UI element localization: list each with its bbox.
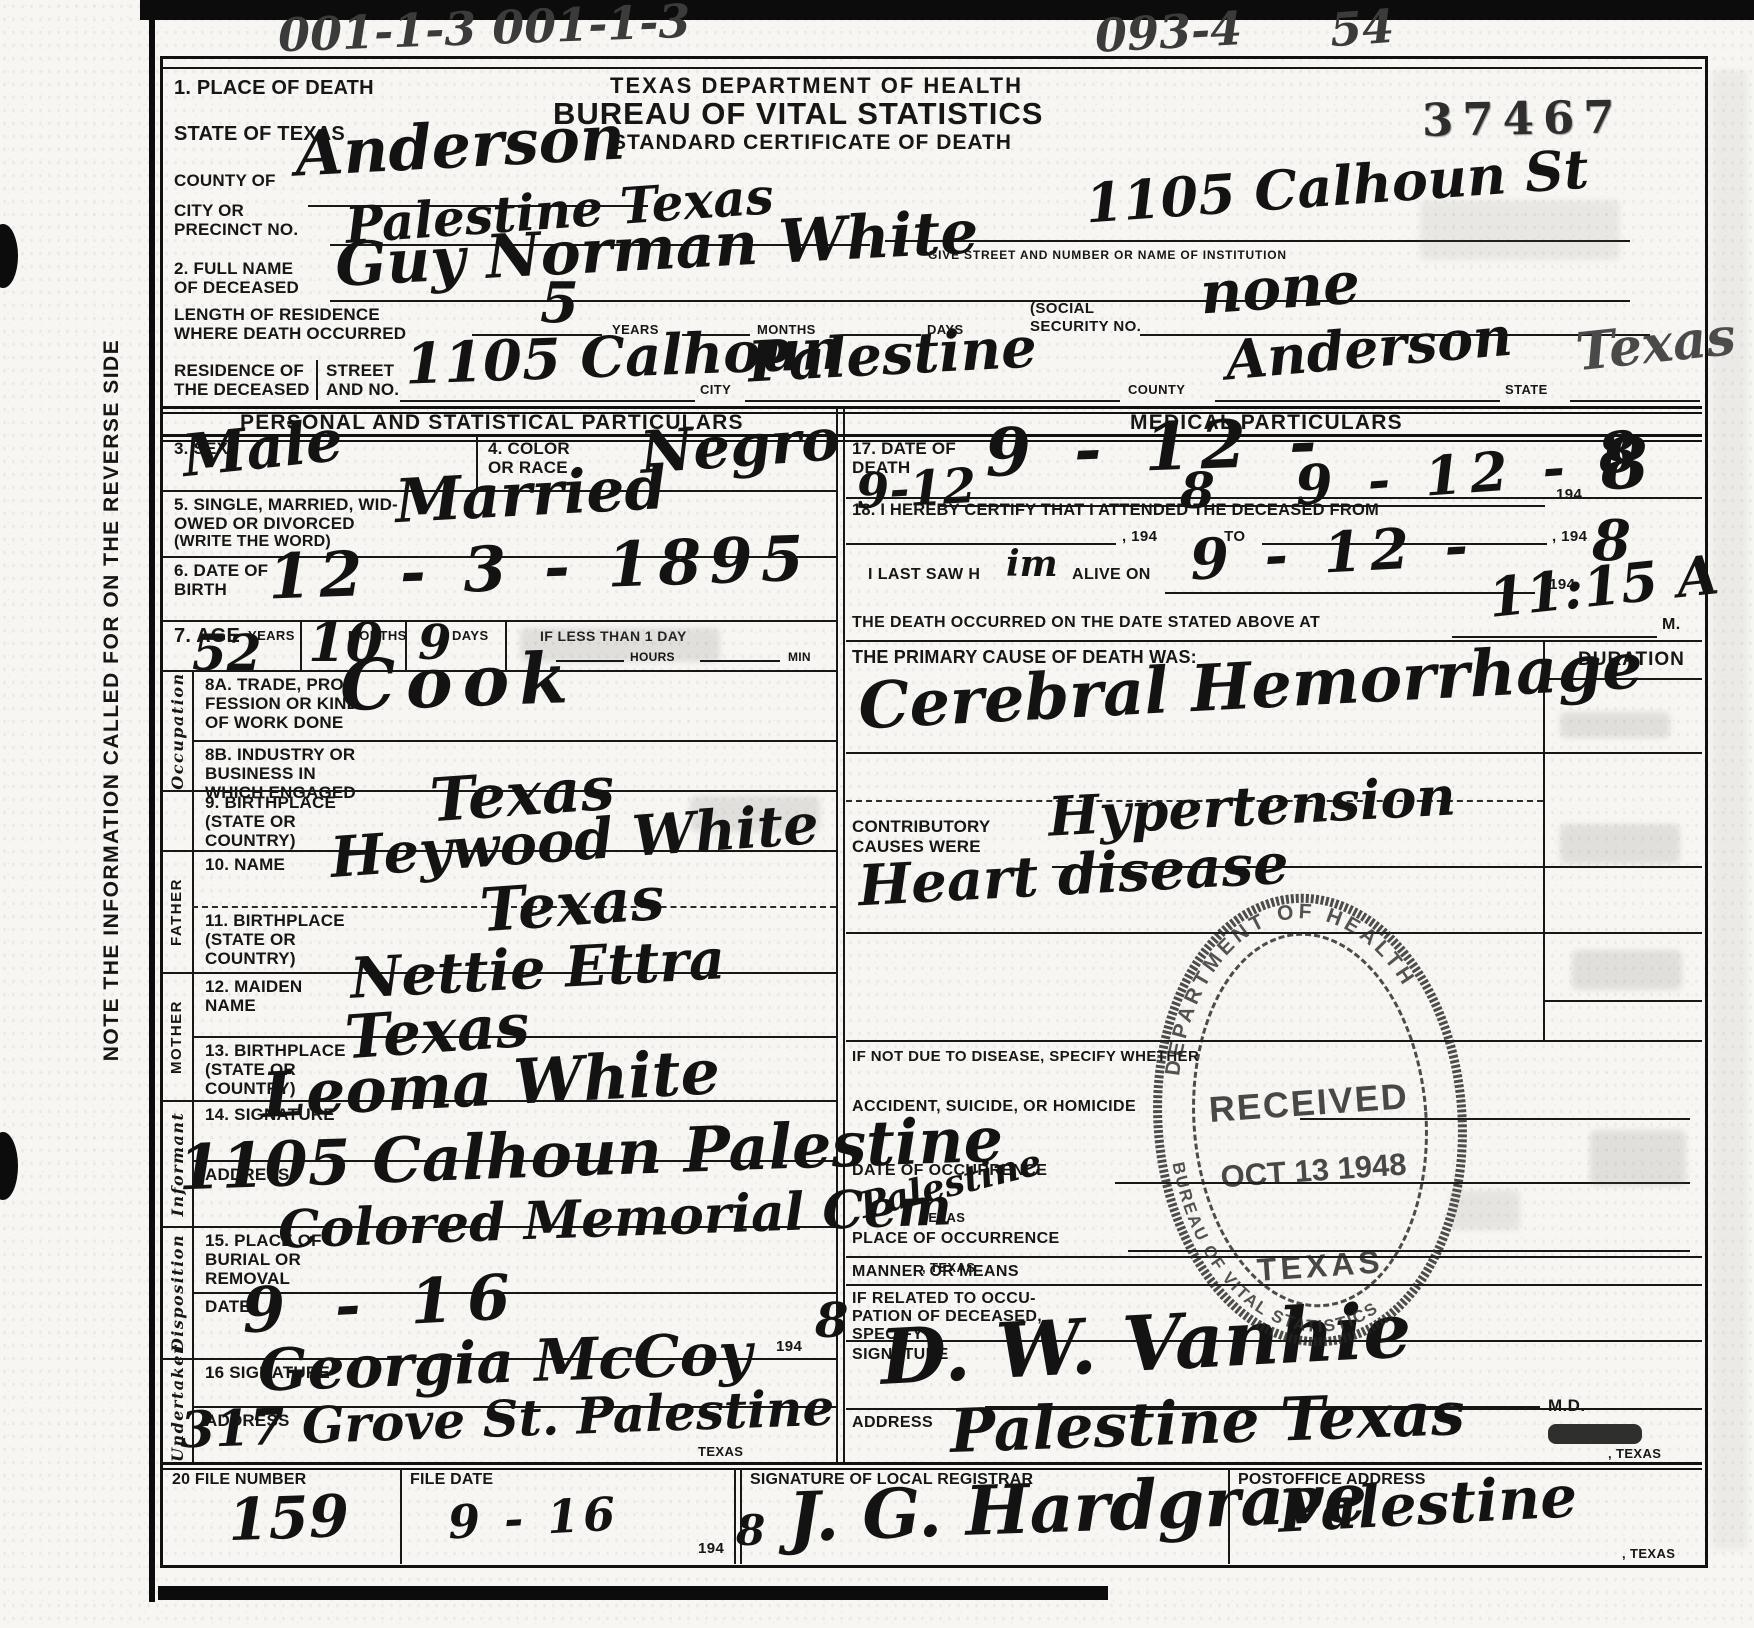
work-value: Cook [339,646,579,717]
attended-from-value: 9-12 [855,465,977,514]
bureau-title: BUREAU OF VITAL STATISTICS [553,98,1043,131]
manner-label: MANNER OR MEANS [852,1263,1019,1281]
father-bp-value: Texas [478,872,666,939]
county-label: COUNTY OF [174,172,276,190]
rule [1543,1000,1702,1002]
city-small-label: CITY [700,382,731,397]
bleed-mark [1572,950,1682,990]
rule [400,1468,402,1564]
father-name-label: 10. NAME [205,856,285,874]
file-date-year-digit: 8 [736,1512,765,1550]
rule [846,752,1543,754]
reverse-side-note: NOTE THE INFORMATION CALLED FOR ON THE R… [100,250,124,1150]
dod-label-1: 17. DATE OF [852,440,956,458]
birthplace-label-1: 9. BIRTHPLACE [205,794,336,812]
dob-value: 12 - 3 - 1895 [267,531,812,606]
rule [1570,400,1700,402]
stamp-arc-top: DEPARTMENT OF HEALTH [1150,892,1426,1079]
file-date-194-printed: 194 [698,1540,724,1557]
hours-label: HOURS [630,650,675,664]
attended-to-value: 9 - 12 - [1294,442,1575,510]
father-side-label: FATHER [168,852,185,972]
residence-length-label-2: WHERE DEATH OCCURRED [174,325,406,343]
rule [1165,592,1535,594]
date-occurrence-label: DATE OF OCCURRENCE [852,1162,1047,1180]
street-label-2: AND NO. [326,381,399,399]
residence-city-value: Palestine [747,322,1038,387]
color-value: Negro [638,413,841,479]
rule [1543,866,1702,868]
burial-year-digit: 8 [815,1300,848,1343]
postoffice-value: Palestine [1277,1470,1578,1538]
rule [700,660,780,662]
dob-label-1: 6. DATE OF [174,562,268,580]
marital-label-2: OWED OR DIVORCED [174,515,355,533]
city-label-2: PRECINCT NO. [174,221,298,239]
svg-text:DEPARTMENT OF HEALTH: DEPARTMENT OF HEALTH [1150,892,1426,1079]
age-years-value: 52 [192,630,262,675]
rule [1543,932,1702,934]
last-saw-value: 9 - 12 - [1189,521,1477,586]
occupation-side-label: Occupation [168,672,187,790]
sex-value: Male [180,414,345,483]
dod-value: 9 - 12 - [984,412,1327,483]
physician-addr-label: ADDRESS [852,1414,933,1432]
file-date-value: 9 - 16 [447,1494,620,1544]
maiden-label-2: NAME [205,997,256,1015]
to-year-digit: 8 [1598,430,1651,496]
death-certificate: NOTE THE INFORMATION CALLED FOR ON THE R… [0,0,1754,1628]
bleed-mark [1590,1130,1686,1186]
father-bp-label-3: COUNTRY) [205,950,296,968]
pencil-code-left: 001-1-3 001-1-3 [277,1,691,57]
burial-year-printed: 194 [776,1338,802,1355]
min-label: MIN [788,650,811,664]
alive-on-label: ALIVE ON [1072,566,1151,584]
marital-value: Married [394,461,668,529]
certificate-title: STANDARD CERTIFICATE OF DEATH [612,132,1012,154]
stamp-texas-text: TEXAS [1256,1243,1385,1288]
received-stamp: DEPARTMENT OF HEALTH BUREAU OF VITAL STA… [1124,874,1496,1367]
contrib-label-1: CONTRIBUTORY [852,818,990,836]
place-occurrence-label: PLACE OF OCCURRENCE [852,1230,1060,1248]
maiden-label-1: 12. MAIDEN [205,978,302,996]
county-small-label: COUNTY [1128,382,1185,397]
to-194-printed: , 194 [1552,528,1587,545]
postoffice-texas-label: , TEXAS [1622,1546,1675,1561]
md-label: M.D. [1548,1396,1585,1416]
department-title: TEXAS DEPARTMENT OF HEALTH [610,74,1023,97]
color-label-1: 4. COLOR [488,440,570,458]
birthplace-label-2: (STATE OR [205,813,296,831]
rule [400,400,695,402]
dob-label-2: BIRTH [174,581,227,599]
fullname-label-1: 2. FULL NAME [174,260,293,278]
certificate-number: 37467 [1422,90,1624,147]
m-label: M. [1662,616,1681,634]
rule [1543,752,1702,754]
last-saw-pre: I LAST SAW H [868,566,980,584]
rule [192,670,194,1462]
rule [1215,400,1500,402]
residence-label-2: THE DECEASED [174,381,310,399]
place-of-death-label: 1. PLACE OF DEATH [174,78,374,99]
bleed-mark [1450,1190,1520,1230]
marital-label-1: 5. SINGLE, MARRIED, WID- [174,496,398,514]
file-number-value: 159 [227,1490,350,1546]
pencil-code-right: 54 [1329,6,1396,52]
rule [330,300,1630,302]
birthplace-label-3: COUNTRY) [205,832,296,850]
residence-years-value: 5 [540,278,579,328]
state-small-label: STATE [1505,382,1548,397]
file-date-label: FILE DATE [410,1472,493,1489]
scan-bottom-bar [158,1586,1108,1600]
stamp-date-text: OCT 13 1948 [1219,1146,1407,1194]
physician-addr-value: Palestine Texas [949,1387,1465,1459]
fullname-label-2: OF DECEASED [174,279,299,297]
ssn-label-2: SECURITY NO. [1030,318,1141,335]
bleed-mark [1420,200,1620,260]
him-value: im [1006,548,1058,580]
pencil-code-mid: 093-4 [1094,8,1243,57]
residence-length-label-1: LENGTH OF RESIDENCE [174,306,380,324]
rule [162,620,836,622]
street-label-1: STREET [326,362,394,380]
hole-punch-top [0,224,18,288]
work-label-2: FESSION OR KIND [205,695,359,713]
physician-texas-label: , TEXAS [1608,1446,1661,1461]
industry-label-1: 8B. INDUSTRY OR [205,746,355,764]
work-label-3: OF WORK DONE [205,714,343,732]
rule [300,620,302,670]
mother-side-label: MOTHER [168,974,185,1100]
county-value: Anderson [294,109,626,182]
disposition-side-label: Disposition [168,1228,187,1358]
rule [316,360,318,400]
stamp-received-text: RECEIVED [1208,1075,1410,1130]
father-bp-label-2: (STATE OR [205,931,296,949]
industry-label-2: BUSINESS IN [205,765,316,783]
rule [162,67,1702,69]
death-occurred-label: THE DEATH OCCURRED ON THE DATE STATED AB… [852,614,1320,632]
rule [192,740,836,742]
ssn-value: none [1198,256,1361,319]
city-label-1: CITY OR [174,202,244,220]
rule [846,543,1116,545]
hole-punch-bottom [0,1132,18,1200]
maiden-value: Nettie Ettra [349,934,726,1004]
from-194-printed: , 194 [1122,528,1157,545]
residence-label-1: RESIDENCE OF [174,362,304,380]
bleed-mark [1712,70,1748,1550]
ssn-label-1: (SOCIAL [1030,300,1094,317]
rule [745,400,1120,402]
undertaker-texas-label: TEXAS [698,1444,743,1459]
father-bp-label-1: 11. BIRTHPLACE [205,912,345,930]
work-label-1: 8A. TRADE, PRO- [205,676,350,694]
bleed-mark [1560,712,1670,738]
scan-left-rule [149,18,155,1602]
accident-label: ACCIDENT, SUICIDE, OR HOMICIDE [852,1098,1136,1116]
bleed-mark [1560,824,1680,864]
redaction-smudge [1548,1424,1642,1444]
from-year-digit: 8 [1180,468,1215,513]
